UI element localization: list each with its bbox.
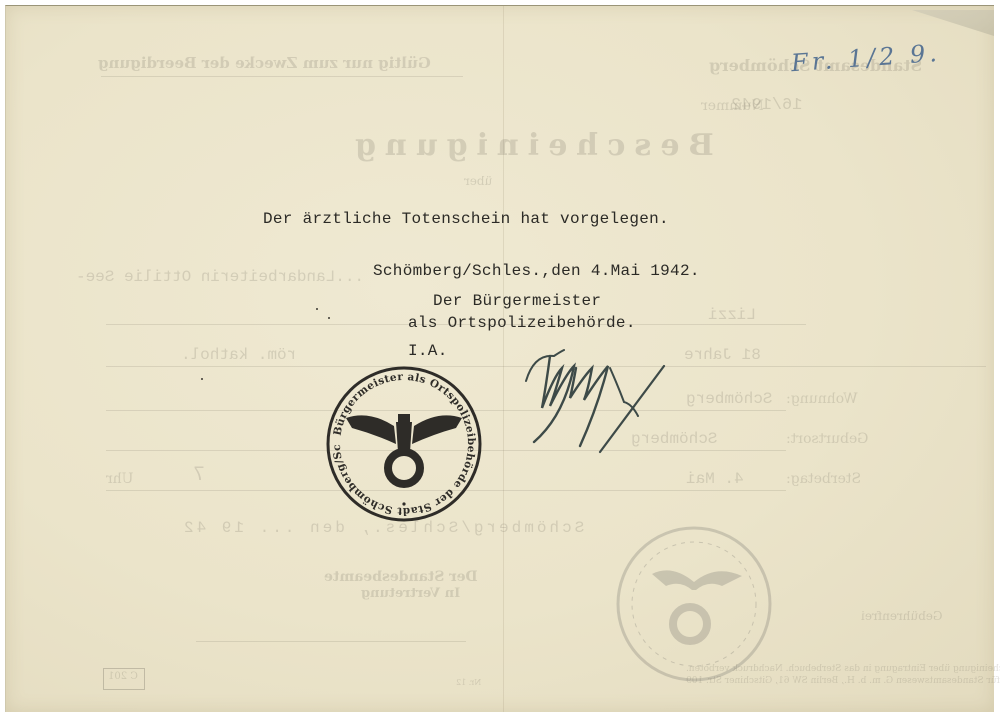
ghost-fee: Gebührenfrei <box>861 609 943 623</box>
ghost-title: Bescheinigung <box>346 128 714 163</box>
official-signature <box>514 346 674 456</box>
paper-speck <box>201 378 203 380</box>
eagle-emblem-icon <box>346 414 462 484</box>
ghost-registered-line: ...Landarbeiterin Ottilie See- <box>76 268 364 286</box>
folded-corner <box>912 10 994 36</box>
ghost-age: 81 Jahre <box>684 346 761 364</box>
ghost-signature-line <box>196 641 466 642</box>
ghost-birthplace-label: Geburtsort: <box>786 431 868 447</box>
paper-speck <box>328 317 330 319</box>
ghost-margin-note: Nr. 12 <box>456 678 481 687</box>
center-fold-line <box>503 6 504 712</box>
typed-place-date: Schömberg/Schles.,den 4.Mai 1942. <box>373 262 700 280</box>
document-page: Gültig nur zum Zwecke der Beerdigung Sta… <box>5 5 994 712</box>
ghost-religion: röm. kathol. <box>181 346 296 364</box>
ghost-header-left: Gültig nur zum Zwecke der Beerdigung <box>98 54 431 72</box>
ghost-file-number: 16/1942 <box>731 96 802 115</box>
typed-on-behalf: I.A. <box>408 342 448 360</box>
ghost-stamp-bleed-through <box>612 524 777 684</box>
ghost-form-code: C 201 <box>108 671 138 682</box>
ghost-registrar-line1: Der Standesbeamte <box>324 569 478 585</box>
ghost-name: Lizzi <box>708 306 756 324</box>
typed-authority-line1: Der Bürgermeister <box>433 292 601 310</box>
ghost-subtitle: über <box>464 174 492 188</box>
ghost-residence: Schömberg <box>686 390 772 408</box>
ghost-header-underline <box>101 76 463 77</box>
ghost-death-date: 4. Mai <box>686 470 744 488</box>
police-authority-stamp: Bürgermeister als Ortspolizeibehörde der… <box>324 364 484 524</box>
ghost-hour: 7 <box>193 464 205 487</box>
ghost-hour-unit: Uhr <box>106 471 134 487</box>
ghost-residence-label: Wohnung: <box>786 391 858 407</box>
paper-speck <box>316 308 318 310</box>
ghost-registrar-line2: In Vertretung <box>361 586 460 601</box>
typed-authority-line2: als Ortspolizeibehörde. <box>408 314 636 332</box>
typed-certificate-line: Der ärztliche Totenschein hat vorgelegen… <box>263 210 669 228</box>
ghost-death-date-label: Sterbetag: <box>786 471 861 487</box>
